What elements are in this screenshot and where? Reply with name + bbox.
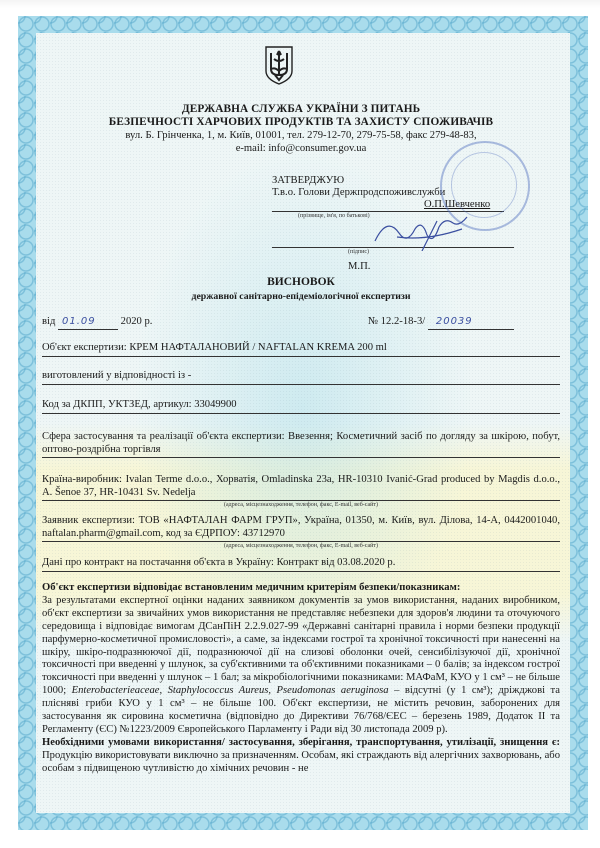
agency-line-2: БЕЗПЕЧНОСТІ ХАРЧОВИХ ПРОДУКТІВ ТА ЗАХИСТ… bbox=[42, 116, 560, 129]
conclusion-text-part1: За результатами експертної оцінки надани… bbox=[42, 595, 560, 696]
trident-coat-of-arms-icon bbox=[264, 45, 294, 85]
signature-caption: (підпис) bbox=[348, 249, 369, 256]
name-caption: (прізвище, ім'я, по батькові) bbox=[298, 213, 370, 220]
date-year: 2020 р. bbox=[121, 316, 153, 327]
conditions-heading: Необхідними умовами використання/ застос… bbox=[42, 737, 560, 748]
document-title: ВИСНОВОК bbox=[42, 276, 560, 289]
object-field: Об'єкт експертизи: КРЕМ НАФТАЛАНОВИЙ / N… bbox=[42, 342, 560, 357]
approve-label: ЗАТВЕРДЖУЮ bbox=[272, 175, 344, 187]
applicant-field: Заявник експертизи: ТОВ «НАФТАЛАН ФАРМ Г… bbox=[42, 515, 560, 542]
applicant-caption: (адреса, місцезнаходження, телефон, факс… bbox=[42, 543, 560, 550]
agency-name: ДЕРЖАВНА СЛУЖБА УКРАЇНИ З ПИТАНЬ БЕЗПЕЧН… bbox=[42, 103, 560, 129]
date-handwritten: 01.09 bbox=[58, 316, 118, 330]
conditions-paragraph: Необхідними умовами використання/ застос… bbox=[42, 737, 560, 776]
approver-position: Т.в.о. Голови Держпродспоживслужби bbox=[272, 187, 445, 199]
conditions-text: Продукцію використовувати виключно за пр… bbox=[42, 750, 560, 774]
conclusion-heading: Об'єкт експертизи відповідає встановлени… bbox=[42, 582, 560, 595]
producer-caption: (адреса, місцезнаходження, телефон, факс… bbox=[42, 502, 560, 509]
number-row: № 12.2-18-3/ 20039 bbox=[368, 316, 558, 330]
scope-field: Сфера застосування та реалізації об'єкта… bbox=[42, 431, 560, 458]
manufactured-field: виготовлений у відповідності із - bbox=[42, 370, 560, 385]
contract-field: Дані про контракт на постачання об'єкта … bbox=[42, 557, 560, 572]
number-prefix: № 12.2-18-3/ bbox=[368, 316, 425, 327]
seal-label: М.П. bbox=[348, 261, 370, 273]
certificate-content: ДЕРЖАВНА СЛУЖБА УКРАЇНИ З ПИТАНЬ БЕЗПЕЧН… bbox=[42, 33, 560, 813]
code-field: Код за ДКПП, УКТЗЕД, артикул: 33049900 bbox=[42, 399, 560, 414]
conclusion-text: За результатами експертної оцінки надани… bbox=[42, 595, 560, 737]
signature bbox=[367, 211, 477, 251]
document-subtitle: державної санітарно-епідеміологічної екс… bbox=[42, 291, 560, 303]
microorganisms-list: Enterobacterieaceae, Staphylococcus Aure… bbox=[72, 685, 389, 696]
number-handwritten: 20039 bbox=[428, 316, 514, 330]
producer-field: Країна-виробник: Ivalan Terme d.o.o., Хо… bbox=[42, 474, 560, 501]
agency-line-1: ДЕРЖАВНА СЛУЖБА УКРАЇНИ З ПИТАНЬ bbox=[42, 103, 560, 116]
conclusion-section: Об'єкт експертизи відповідає встановлени… bbox=[42, 582, 560, 776]
date-prefix: від bbox=[42, 316, 55, 327]
